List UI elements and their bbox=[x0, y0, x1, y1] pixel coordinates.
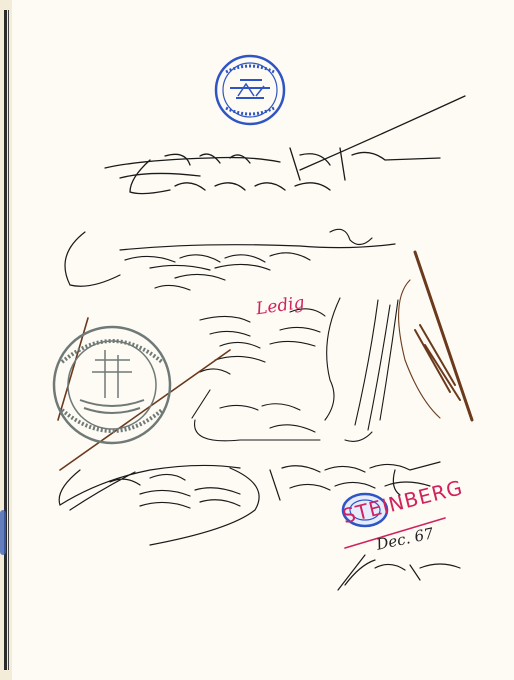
top-signature-block bbox=[105, 96, 465, 194]
blue-seal-top bbox=[216, 56, 284, 124]
document-page: Ledig STEINBERG Dec. 67 bbox=[0, 0, 514, 680]
brown-diagonal-signature bbox=[58, 252, 472, 470]
middle-left-signature-block bbox=[65, 229, 395, 290]
bottom-left-signature-block bbox=[59, 465, 259, 545]
steinberg-signature-block bbox=[338, 518, 460, 590]
ink-layer bbox=[0, 0, 514, 680]
right-vertical-signature-block bbox=[345, 300, 398, 441]
gray-seal-ship bbox=[54, 327, 170, 443]
small-center-signature bbox=[192, 390, 320, 441]
